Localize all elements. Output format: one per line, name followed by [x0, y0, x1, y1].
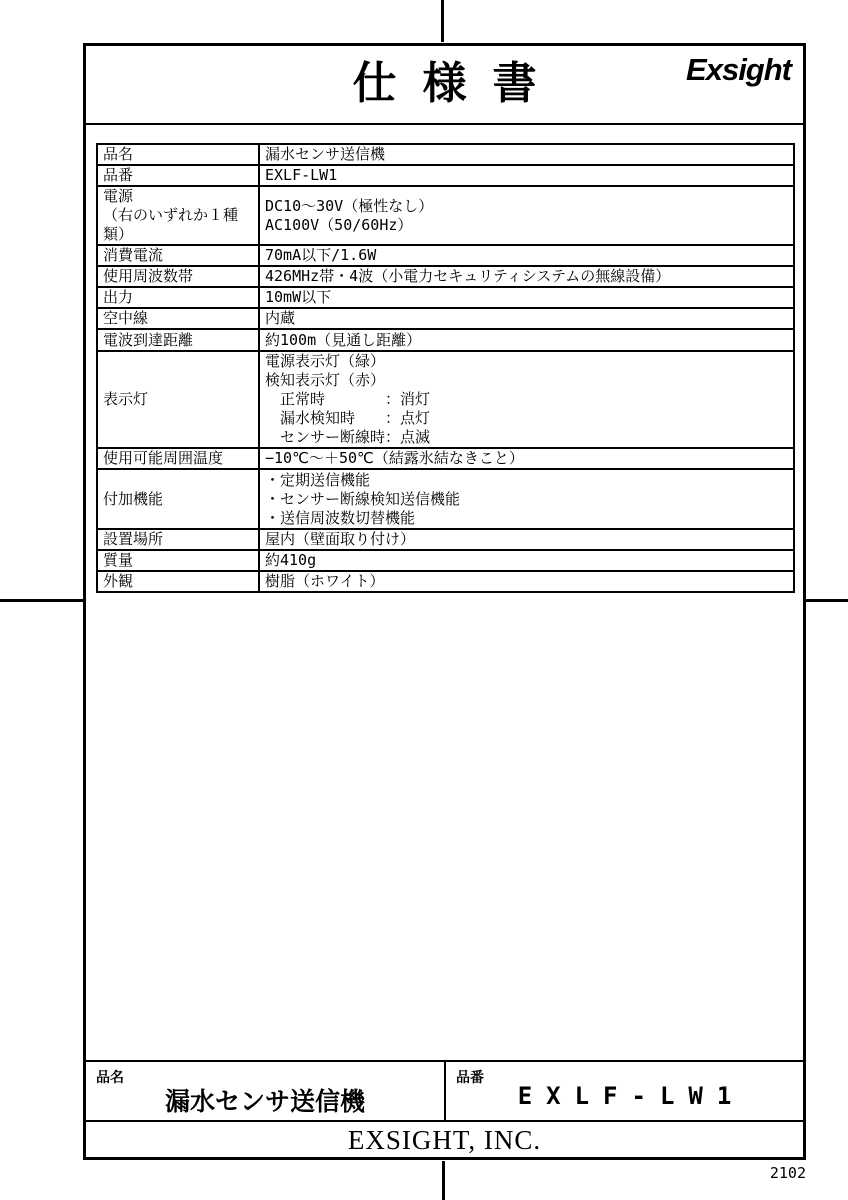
- spec-row-additional-functions: 付加機能 ・定期送信機能 ・センサー断線検知送信機能 ・送信周波数切替機能: [97, 469, 794, 529]
- spec-row-indicator-lamps: 表示灯 電源表示灯（緑） 検知表示灯（赤） 正常時 ：消灯 漏水検知時 ：点灯 …: [97, 351, 794, 448]
- registration-mark-left: [0, 599, 83, 602]
- spec-row-product-name: 品名 漏水センサ送信機: [97, 144, 794, 165]
- title-block-number-cell: 品番 EXLF-LW1: [446, 1062, 803, 1120]
- spec-value: 約410g: [259, 550, 794, 571]
- spec-row-part-number: 品番 EXLF-LW1: [97, 165, 794, 186]
- spec-row-appearance: 外観 樹脂（ホワイト）: [97, 571, 794, 592]
- spec-value: DC10～30V（極性なし） AC100V（50/60Hz）: [259, 186, 794, 245]
- spec-row-power: 電源 （右のいずれか１種類） DC10～30V（極性なし） AC100V（50/…: [97, 186, 794, 245]
- spec-row-operating-temperature: 使用可能周囲温度 −10℃～＋50℃（結露氷結なきこと）: [97, 448, 794, 469]
- title-block-name-label: 品名: [96, 1067, 124, 1087]
- header-bar: 仕様書 Exsight: [86, 46, 803, 125]
- spec-label: 設置場所: [97, 529, 259, 550]
- registration-mark-top: [441, 0, 444, 42]
- title-block: 品名 漏水センサ送信機 品番 EXLF-LW1 EXSIGHT, INC.: [86, 1060, 803, 1157]
- title-block-name-cell: 品名 漏水センサ送信機: [86, 1062, 446, 1120]
- spec-label: 付加機能: [97, 469, 259, 529]
- spec-value: 電源表示灯（緑） 検知表示灯（赤） 正常時 ：消灯 漏水検知時 ：点灯 センサー…: [259, 351, 794, 448]
- spec-value: EXLF-LW1: [259, 165, 794, 186]
- spec-label: 使用可能周囲温度: [97, 448, 259, 469]
- spec-value: 屋内（壁面取り付け）: [259, 529, 794, 550]
- spec-row-installation-place: 設置場所 屋内（壁面取り付け）: [97, 529, 794, 550]
- spec-value: 樹脂（ホワイト）: [259, 571, 794, 592]
- spec-label: 出力: [97, 287, 259, 308]
- spec-row-output: 出力 10mW以下: [97, 287, 794, 308]
- spec-label: 電源 （右のいずれか１種類）: [97, 186, 259, 245]
- footer-company-name: EXSIGHT, INC.: [86, 1122, 803, 1158]
- title-block-row: 品名 漏水センサ送信機 品番 EXLF-LW1: [86, 1060, 803, 1120]
- title-block-name-value: 漏水センサ送信機: [86, 1062, 444, 1118]
- title-block-number-label: 品番: [456, 1067, 484, 1087]
- spec-table: 品名 漏水センサ送信機 品番 EXLF-LW1 電源 （右のいずれか１種類） D…: [96, 143, 795, 593]
- spec-value: 漏水センサ送信機: [259, 144, 794, 165]
- spec-label: 品番: [97, 165, 259, 186]
- spec-label: 消費電流: [97, 245, 259, 266]
- spec-row-weight: 質量 約410g: [97, 550, 794, 571]
- spec-row-current: 消費電流 70mA以下/1.6W: [97, 245, 794, 266]
- spec-value: 10mW以下: [259, 287, 794, 308]
- spec-label: 品名: [97, 144, 259, 165]
- footer-bar: EXSIGHT, INC.: [86, 1120, 803, 1157]
- spec-value: 内蔵: [259, 308, 794, 329]
- spec-value: −10℃～＋50℃（結露氷結なきこと）: [259, 448, 794, 469]
- company-logo: Exsight: [686, 52, 791, 88]
- spec-label: 電波到達距離: [97, 329, 259, 351]
- registration-mark-right: [805, 599, 848, 602]
- registration-mark-bottom: [442, 1161, 445, 1200]
- spec-label: 質量: [97, 550, 259, 571]
- spec-value: ・定期送信機能 ・センサー断線検知送信機能 ・送信周波数切替機能: [259, 469, 794, 529]
- page-frame: 仕様書 Exsight 品名 漏水センサ送信機 品番 EXLF-LW1 電源 （…: [83, 43, 806, 1160]
- spec-label: 空中線: [97, 308, 259, 329]
- title-block-number-value: EXLF-LW1: [446, 1062, 803, 1110]
- spec-label: 表示灯: [97, 351, 259, 448]
- spec-label: 使用周波数帯: [97, 266, 259, 287]
- sheet-number: 2102: [770, 1164, 806, 1182]
- spec-value: 70mA以下/1.6W: [259, 245, 794, 266]
- spec-value: 426MHz帯・4波（小電力セキュリティシステムの無線設備）: [259, 266, 794, 287]
- spec-row-antenna: 空中線 内蔵: [97, 308, 794, 329]
- spec-row-frequency-band: 使用周波数帯 426MHz帯・4波（小電力セキュリティシステムの無線設備）: [97, 266, 794, 287]
- spec-value: 約100m（見通し距離）: [259, 329, 794, 351]
- spec-row-radio-range: 電波到達距離 約100m（見通し距離）: [97, 329, 794, 351]
- spec-label: 外観: [97, 571, 259, 592]
- specification-sheet: { "colors": { "ink": "#000000", "paper":…: [0, 0, 848, 1200]
